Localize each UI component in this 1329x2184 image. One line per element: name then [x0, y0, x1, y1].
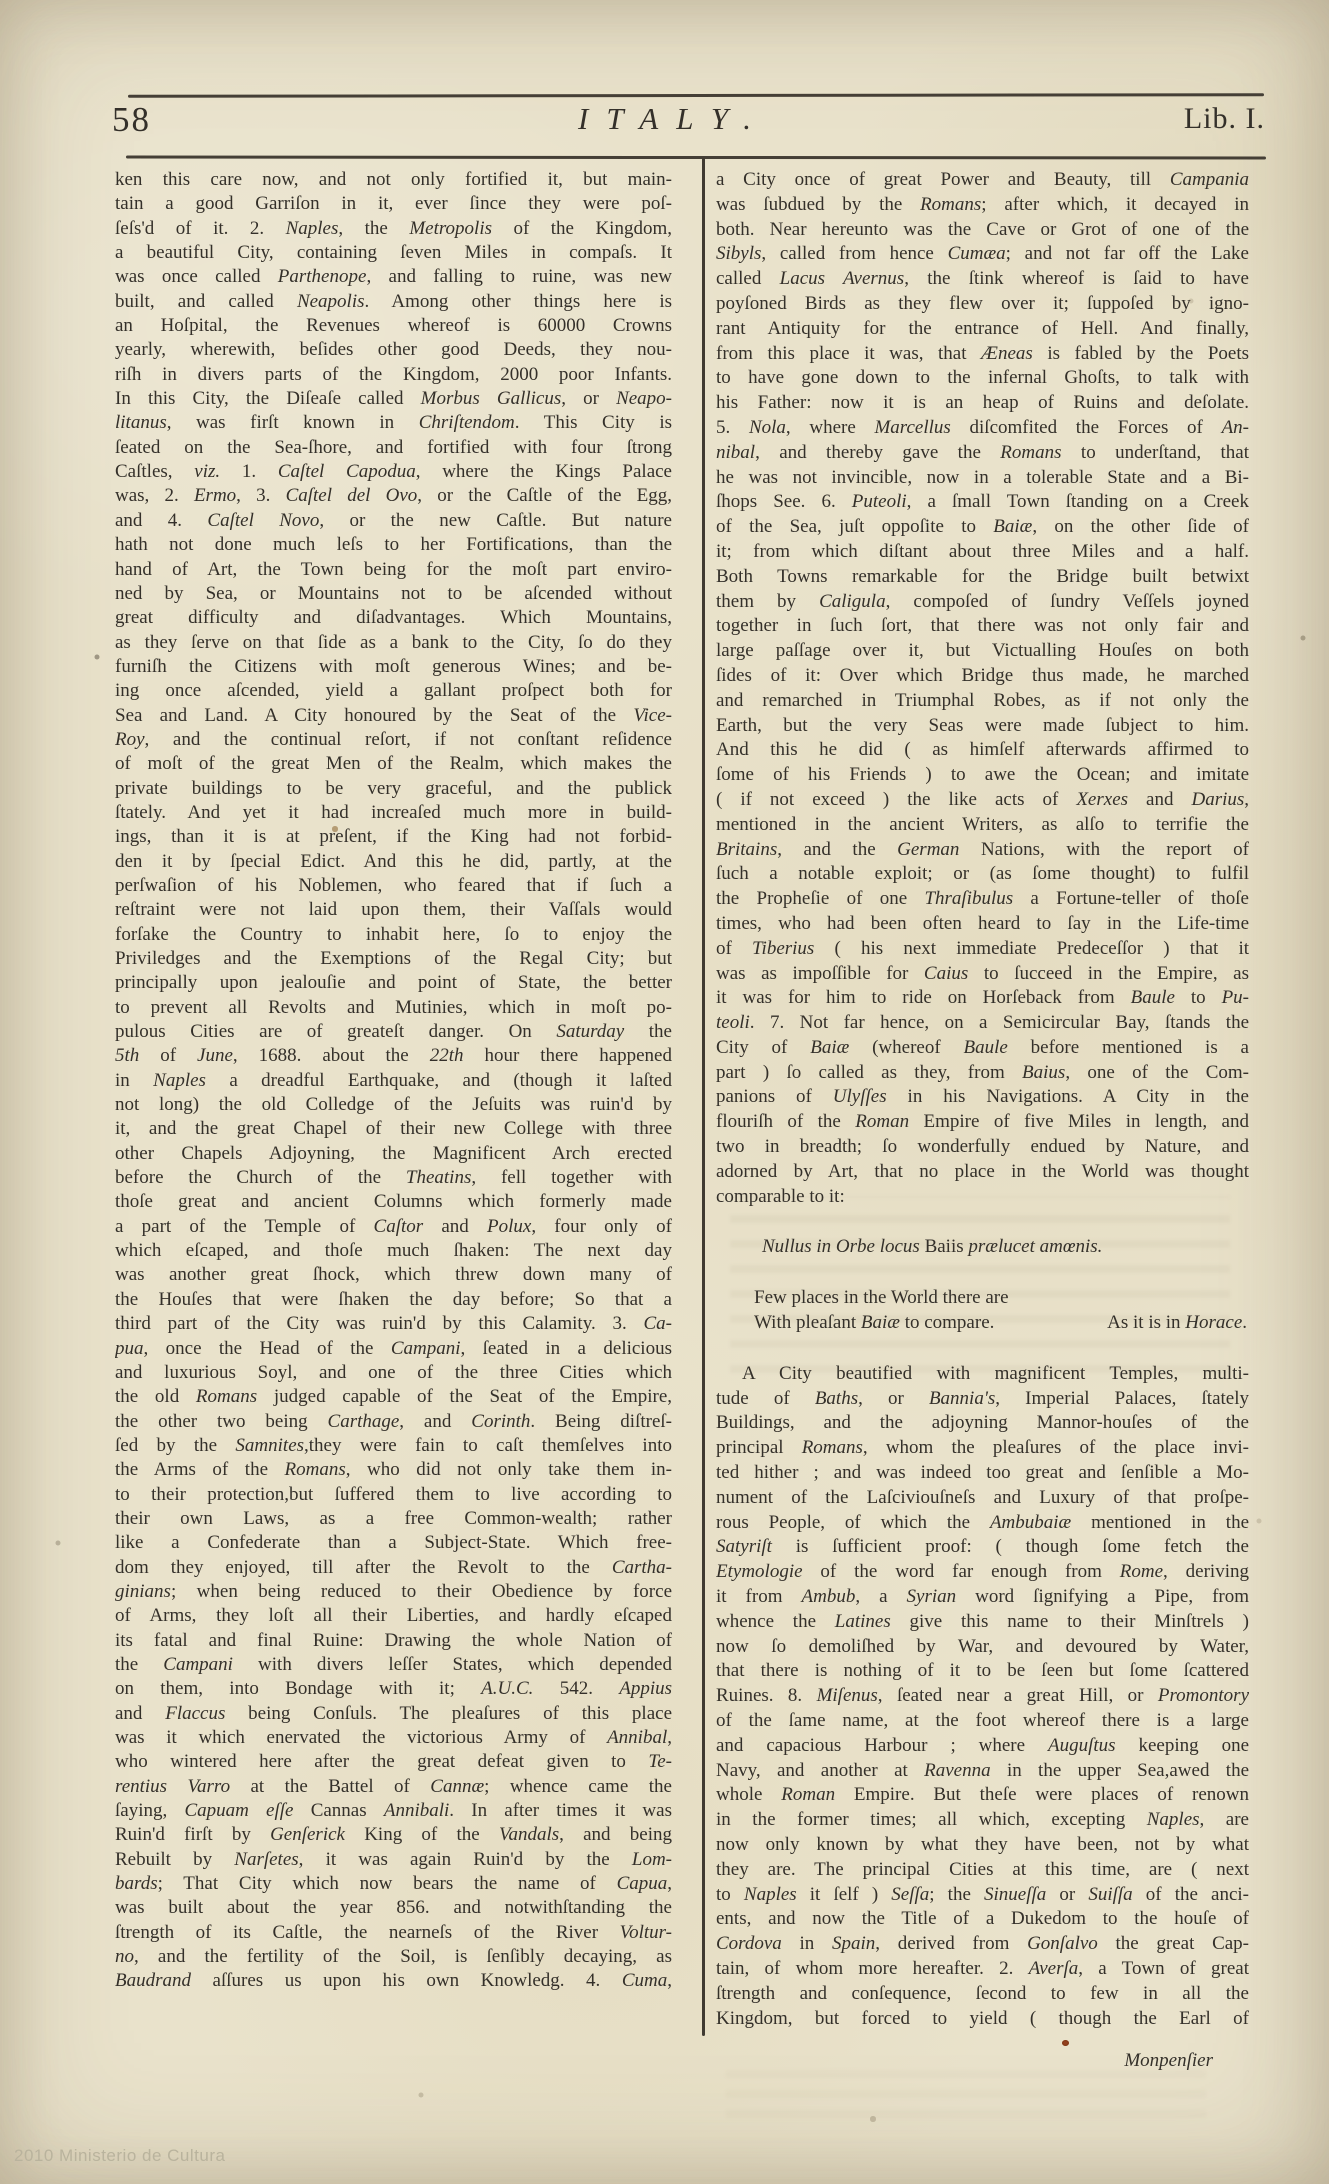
text-line: was once called Parthenope, and falling … — [115, 265, 672, 289]
text-line: 5th of June, 1688. about the 22th hour t… — [115, 1044, 672, 1068]
text-line: principally upon jealouſie and point of … — [115, 971, 672, 995]
text-line: tude of Baths, or Bannia's, Imperial Pal… — [716, 1387, 1249, 1412]
text-line: Navy, and another at Ravenna in the uppe… — [716, 1759, 1249, 1784]
header-rule-top — [128, 93, 1264, 98]
text-line: Rebuilt by Narſetes, it was again Ruin'd… — [115, 1848, 672, 1872]
text-line: an Hoſpital, the Revenues whereof is 600… — [115, 314, 672, 338]
verse-line: With pleaſant Baiæ to compare.As it is i… — [716, 1311, 1249, 1336]
verse-attribution: As it is in Horace. — [1107, 1311, 1247, 1336]
text-line: ted hither ; and was indeed too great an… — [716, 1461, 1249, 1486]
text-line: ings, than it is at preſent, if the King… — [115, 825, 672, 849]
text-line: it was for him to ride on Horſeback from… — [716, 986, 1249, 1011]
text-line: in Naples a dreadful Earthquake, and (th… — [115, 1069, 672, 1093]
book-volume-label: Lib. I. — [1184, 102, 1265, 136]
text-line: a beautiful City, containing ſeven Miles… — [115, 241, 672, 265]
text-line: which eſcaped, and thoſe much ſhaken: Th… — [115, 1239, 672, 1263]
text-line: whole Roman Empire. But theſe were place… — [716, 1783, 1249, 1808]
text-line: litanus, was firſt known in Chriſtendom.… — [115, 411, 672, 435]
text-line: who wintered here after the great defeat… — [115, 1750, 672, 1774]
text-line: principal Romans, whom the pleaſures of … — [716, 1436, 1249, 1461]
text-line: together in ſuch ſort, that there was no… — [716, 614, 1249, 639]
text-line: of the Sea, juſt oppoſite to Baiæ, on th… — [716, 515, 1249, 540]
text-line: mentioned in the ancient Writers, as alſ… — [716, 813, 1249, 838]
text-line: of Arms, they loſt all their Liberties, … — [115, 1604, 672, 1628]
text-line: rant Antiquity for the entrance of Hell.… — [716, 317, 1249, 342]
text-line: them by Caligula, compoſed of ſundry Veſ… — [716, 590, 1249, 615]
text-line: furniſh the Citizens with moſt generous … — [115, 655, 672, 679]
text-line: built, and called Neapolis. Among other … — [115, 290, 672, 314]
text-line: and 4. Caſtel Novo, or the new Caſtle. B… — [115, 509, 672, 533]
text-line: ſome of his Friends ) to awe the Ocean; … — [716, 763, 1249, 788]
text-line: Ruin'd firſt by Genſerick King of the Va… — [115, 1823, 672, 1847]
text-line: two in breadth; ſo wonderfully endued by… — [716, 1135, 1249, 1160]
text-line: it from Ambub, a Syrian word ſignifying … — [716, 1585, 1249, 1610]
text-line: ſeated on the Sea-ſhore, and fortified w… — [115, 436, 672, 460]
paper-specks — [0, 0, 2, 2]
text-line: nument of the Laſciviouſneſs and Luxury … — [716, 1486, 1249, 1511]
text-line: was another great ſhock, which threw dow… — [115, 1263, 672, 1287]
text-line: his Father: now it is an heap of Ruins a… — [716, 391, 1249, 416]
text-line: nibal, and thereby gave the Romans to un… — [716, 441, 1249, 466]
text-line: ſaying, Capuam eſſe Cannas Annibali. In … — [115, 1799, 672, 1823]
verse-line: Few places in the World there are — [716, 1286, 1249, 1311]
text-line: ( if not exceed ) the like acts of Xerxe… — [716, 788, 1249, 813]
text-line: now only known by what they have been, n… — [716, 1833, 1249, 1858]
text-line: they are. The principal Cities at this t… — [716, 1858, 1249, 1883]
right-text-column: a City once of great Power and Beauty, t… — [716, 168, 1249, 2031]
text-line: times, who had been often heard to ſay i… — [716, 912, 1249, 937]
text-line: adorned by Art, that no place in the Wor… — [716, 1160, 1249, 1185]
text-line: hath not done much leſs to her Fortifica… — [115, 533, 672, 557]
header-rule-bottom — [126, 156, 1266, 160]
text-line: to have gone down to the infernal Ghoſts… — [716, 366, 1249, 391]
text-line: 5. Nola, where Marcellus diſcomfited the… — [716, 416, 1249, 441]
text-line: of moſt of the great Men of the Realm, w… — [115, 752, 672, 776]
text-line: large paſſage over it, but Victualling H… — [716, 639, 1249, 664]
text-line: pulous Cities are of greateſt danger. On… — [115, 1020, 672, 1044]
text-line: to Naples it ſelf ) Seſſa; the Sinueſſa … — [716, 1883, 1249, 1908]
text-line: was ſubdued by the Romans; after which, … — [716, 193, 1249, 218]
text-line: before the Church of the Theatins, fell … — [115, 1166, 672, 1190]
text-line: ken this care now, and not only fortifie… — [115, 168, 672, 192]
text-line: part ) ſo called as they, from Baius, on… — [716, 1061, 1249, 1086]
text-line: private buildings to be very graceful, a… — [115, 777, 672, 801]
text-line: bards; That City which now bears the nam… — [115, 1872, 672, 1896]
text-line: Both Towns remarkable for the Bridge bui… — [716, 565, 1249, 590]
text-line: Cordova in Spain, derived from Gonſalvo … — [716, 1932, 1249, 1957]
text-line: den it by ſpecial Edict. And this he did… — [115, 850, 672, 874]
text-line: both. Near hereunto was the Cave or Grot… — [716, 218, 1249, 243]
text-line: other Chapels Adjoyning, the Magnificent… — [115, 1142, 672, 1166]
text-line: the Propheſie of one Thraſibulus a Fortu… — [716, 887, 1249, 912]
text-line: poyſoned Birds as they flew over it; ſup… — [716, 292, 1249, 317]
text-line: was built about the year 856. and notwit… — [115, 1896, 672, 1920]
text-line: and capacious Harbour ; where Auguſtus k… — [716, 1734, 1249, 1759]
text-line: to their protection,but ſuffered them to… — [115, 1483, 672, 1507]
show-through-ghost-text — [726, 2070, 1206, 2130]
text-line: its fatal and final Ruine: Drawing the w… — [115, 1629, 672, 1653]
text-line: pua, once the Head of the Campani, ſeate… — [115, 1337, 672, 1361]
text-line: ſtrength and conſequence, ſecond to few … — [716, 1982, 1249, 2007]
text-line: tain a good Garriſon in it, ever ſince t… — [115, 192, 672, 216]
text-line: Sea and Land. A City honoured by the Sea… — [115, 704, 672, 728]
text-line: and Flaccus being Conſuls. The pleaſures… — [115, 1702, 672, 1726]
text-line: and luxurious Soyl, and one of the three… — [115, 1361, 672, 1385]
text-line: a City once of great Power and Beauty, t… — [716, 168, 1249, 193]
text-line: and remarched in Triumphal Robes, as if … — [716, 689, 1249, 714]
book-page-scan: 58 ITALY. Lib. I. ken this care now, and… — [0, 0, 1329, 2184]
text-line: from this place it was, that Æneas is fa… — [716, 342, 1249, 367]
text-line: And this he did ( as himſelf afterwards … — [716, 738, 1249, 763]
text-line: perſwaſion of his Noblemen, who feared t… — [115, 874, 672, 898]
library-watermark: 2010 Ministerio de Cultura — [14, 2146, 225, 2166]
text-line: in the former times; all which, exceptin… — [716, 1808, 1249, 1833]
text-line: great difficulty and diſadvantages. Whic… — [115, 606, 672, 630]
text-line: panions of Ulyſſes in his Navigations. A… — [716, 1085, 1249, 1110]
text-line: ents, and now the Title of a Dukedom to … — [716, 1907, 1249, 1932]
text-line: of Tiberius ( his next immediate Predece… — [716, 937, 1249, 962]
text-line: it; from which diſtant about three Miles… — [716, 540, 1249, 565]
left-text-column: ken this care now, and not only fortifie… — [115, 168, 672, 1994]
text-line: comparable to it: — [716, 1185, 1249, 1210]
text-line: ſeſs'd of it. 2. Naples, the Metropolis … — [115, 217, 672, 241]
text-line: ſhops See. 6. Puteoli, a ſmall Town ſtan… — [716, 490, 1249, 515]
text-line: Britains, and the German Nations, with t… — [716, 838, 1249, 863]
text-line: ſuch a notable exploit; or (as ſome thou… — [716, 862, 1249, 887]
text-line: the other two being Carthage, and Corint… — [115, 1410, 672, 1434]
text-line: Roy, and the continual reſort, if not co… — [115, 728, 672, 752]
running-title: ITALY. — [0, 101, 1329, 137]
text-line: yearly, wherewith, beſides other good De… — [115, 338, 672, 362]
text-line: it, and the great Chapel of their new Co… — [115, 1117, 672, 1141]
text-line: Satyriſt is ſufficient proof: ( though ſ… — [716, 1535, 1249, 1560]
text-line: tain, of whom more hereafter. 2. Averſa,… — [716, 1957, 1249, 1982]
text-line: ing once aſcended, yield a gallant proſp… — [115, 679, 672, 703]
text-line: third part of the City was ruin'd by thi… — [115, 1312, 672, 1336]
text-line: the Campani with divers leſſer States, w… — [115, 1653, 672, 1677]
text-line: flouriſh of the Roman Empire of five Mil… — [716, 1110, 1249, 1135]
text-line: teoli. 7. Not far hence, on a Semicircul… — [716, 1011, 1249, 1036]
text-line: forſake the Country to inhabit here, ſo … — [115, 923, 672, 947]
text-line: Buildings, and the adjoyning Mannor-houſ… — [716, 1411, 1249, 1436]
text-line: as they ſerve on that ſide as a bank to … — [115, 631, 672, 655]
text-line: called Lacus Avernus, the ſtink whereof … — [716, 267, 1249, 292]
text-line: Priviledges and the Exemptions of the Re… — [115, 947, 672, 971]
text-line: rous People, of which the Ambubaiæ menti… — [716, 1511, 1249, 1536]
text-line: their own Laws, as a free Common-wealth;… — [115, 1507, 672, 1531]
text-line: rentius Varro at the Battel of Cannæ; wh… — [115, 1775, 672, 1799]
text-line: the Arms of the Romans, who did not only… — [115, 1458, 672, 1482]
column-divider-rule — [702, 158, 705, 2036]
text-line: was as impoſſible for Caius to ſucceed i… — [716, 962, 1249, 987]
text-line: on them, into Bondage with it; A.U.C. 54… — [115, 1677, 672, 1701]
text-line: not long) the old Colledge of the Jeſuit… — [115, 1093, 672, 1117]
text-line: reſtraint were not laid upon them, their… — [115, 898, 672, 922]
text-line: City of Baiæ (whereof Baule before menti… — [716, 1036, 1249, 1061]
text-line: no, and the fertility of the Soil, is ſe… — [115, 1945, 672, 1969]
text-line: Etymologie of the word far enough from R… — [716, 1560, 1249, 1585]
catchword: Monpenſier — [1124, 2050, 1213, 2072]
text-line: ſides of it: Over which Bridge thus made… — [716, 664, 1249, 689]
text-line: Ruines. 8. Miſenus, ſeated near a great … — [716, 1684, 1249, 1709]
text-line: ned by Sea, or Mountains not to be aſcen… — [115, 582, 672, 606]
text-line: In this City, the Diſeaſe called Morbus … — [115, 387, 672, 411]
text-line: ginians; when being reduced to their Obe… — [115, 1580, 672, 1604]
text-line: of the ſame name, at the foot whereof th… — [716, 1709, 1249, 1734]
text-line: he was not invincible, now in a tolerabl… — [716, 466, 1249, 491]
text-line: ſtately. And yet it had increaſed much m… — [115, 801, 672, 825]
text-line: A City beautified with magnificent Templ… — [716, 1362, 1249, 1387]
text-line: thoſe great and ancient Columns which fo… — [115, 1190, 672, 1214]
text-line: was it which enervated the victorious Ar… — [115, 1726, 672, 1750]
text-line: the old Romans judged capable of the Sea… — [115, 1385, 672, 1409]
text-line: riſh in divers parts of the Kingdom, 200… — [115, 363, 672, 387]
red-ink-dot — [1062, 2040, 1069, 2046]
text-line: whence the Latines give this name to the… — [716, 1610, 1249, 1635]
text-line: a part of the Temple of Caſtor and Polux… — [115, 1215, 672, 1239]
text-line: was, 2. Ermo, 3. Caſtel del Ovo, or the … — [115, 484, 672, 508]
text-line: Sibyls, called from hence Cumæa; and not… — [716, 242, 1249, 267]
text-line: Earth, but the very Seas were made ſubje… — [716, 714, 1249, 739]
text-line: Caſtles, viz. 1. Caſtel Capodua, where t… — [115, 460, 672, 484]
text-line: Kingdom, but forced to yield ( though th… — [716, 2007, 1249, 2032]
text-line: hand of Art, the Town being for the moſt… — [115, 558, 672, 582]
text-line: ſed by the Samnites,they were fain to ca… — [115, 1434, 672, 1458]
text-line: now ſo demoliſhed by War, and devoured b… — [716, 1635, 1249, 1660]
text-line: to prevent all Revolts and Mutinies, whi… — [115, 996, 672, 1020]
text-line: Baudrand aſſures us upon his own Knowled… — [115, 1969, 672, 1993]
text-line: ſtrength of its Caſtle, the nearneſs of … — [115, 1921, 672, 1945]
text-line: like a Confederate than a Subject-State.… — [115, 1531, 672, 1555]
text-line: the Houſes that were ſhaken the day befo… — [115, 1288, 672, 1312]
text-line: that there is nothing of it to be ſeen b… — [716, 1659, 1249, 1684]
text-line: dom they enjoyed, till after the Revolt … — [115, 1556, 672, 1580]
latin-quote-line: Nullus in Orbe locus Baiis prælucet amœn… — [716, 1235, 1249, 1260]
